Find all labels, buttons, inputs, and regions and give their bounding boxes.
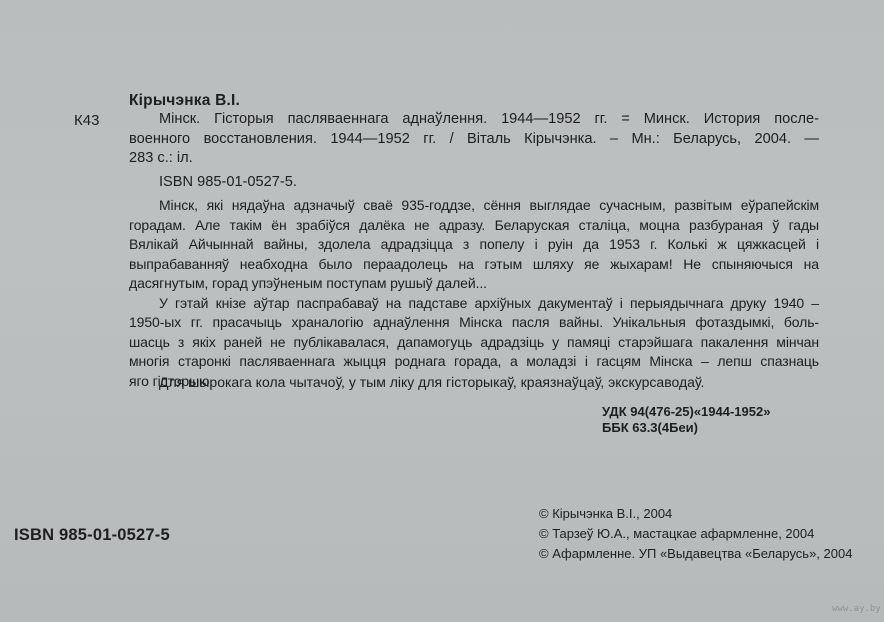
annotation-line: Вялікай Айчыннай вайны, здолела адрадзіц… bbox=[129, 235, 819, 255]
isbn-inline: ISBN 985-01-0527-5. bbox=[159, 174, 297, 190]
copyright-line: © Кірычэнка В.І., 2004 bbox=[539, 506, 672, 521]
annotation-line: У гэтай кнізе аўтар паспрабаваў на падст… bbox=[129, 294, 819, 314]
book-imprint-page: Кірычэнка В.І. К43 Мінск. Гісторыя пасля… bbox=[0, 0, 884, 622]
bbk-code: ББК 63.3(4Беи) bbox=[602, 420, 698, 435]
isbn-large: ISBN 985-01-0527-5 bbox=[14, 526, 170, 545]
biblio-line: военного восстановления. 1944—1952 гг. /… bbox=[129, 130, 819, 150]
annotation-line: горадам. Але такім ён зрабіўся далёка не… bbox=[129, 216, 819, 236]
copyright-line: © Тарзеў Ю.А., мастацкае афармленне, 200… bbox=[539, 526, 814, 541]
bibliographic-description: Мінск. Гісторыя пасляваеннага аднаўлення… bbox=[129, 110, 819, 169]
annotation-line: выпрабаванняў неабходна было пераадолець… bbox=[129, 255, 819, 275]
annotation-line: дасягнутым, горад упэўненым поступам руш… bbox=[129, 274, 819, 294]
audience-note: Для шырокага кола чытачоў, у тым ліку дл… bbox=[159, 374, 704, 390]
annotation-line: Мінск, які нядаўна адзначыў сваё 935-год… bbox=[129, 196, 819, 216]
author-heading: Кірычэнка В.І. bbox=[129, 92, 240, 110]
watermark: www.ay.by bbox=[832, 604, 881, 614]
annotation-line: 1950-ых гг. прасачыць храналогію аднаўле… bbox=[129, 313, 819, 333]
udk-code: УДК 94(476-25)«1944-1952» bbox=[602, 404, 770, 419]
annotation-line: шасць з якіх раней не публікавалася, дап… bbox=[129, 333, 819, 353]
annotation-line: многія старонкі пасляваеннага жыцця родн… bbox=[129, 352, 819, 372]
biblio-line: Мінск. Гісторыя пасляваеннага аднаўлення… bbox=[129, 110, 819, 130]
biblio-line: 283 с.: іл. bbox=[129, 149, 819, 169]
copyright-line: © Афармленне. УП «Выдавецтва «Беларусь»,… bbox=[539, 546, 852, 561]
annotation: Мінск, які нядаўна адзначыў сваё 935-год… bbox=[129, 196, 819, 391]
catalog-code: К43 bbox=[74, 112, 99, 129]
